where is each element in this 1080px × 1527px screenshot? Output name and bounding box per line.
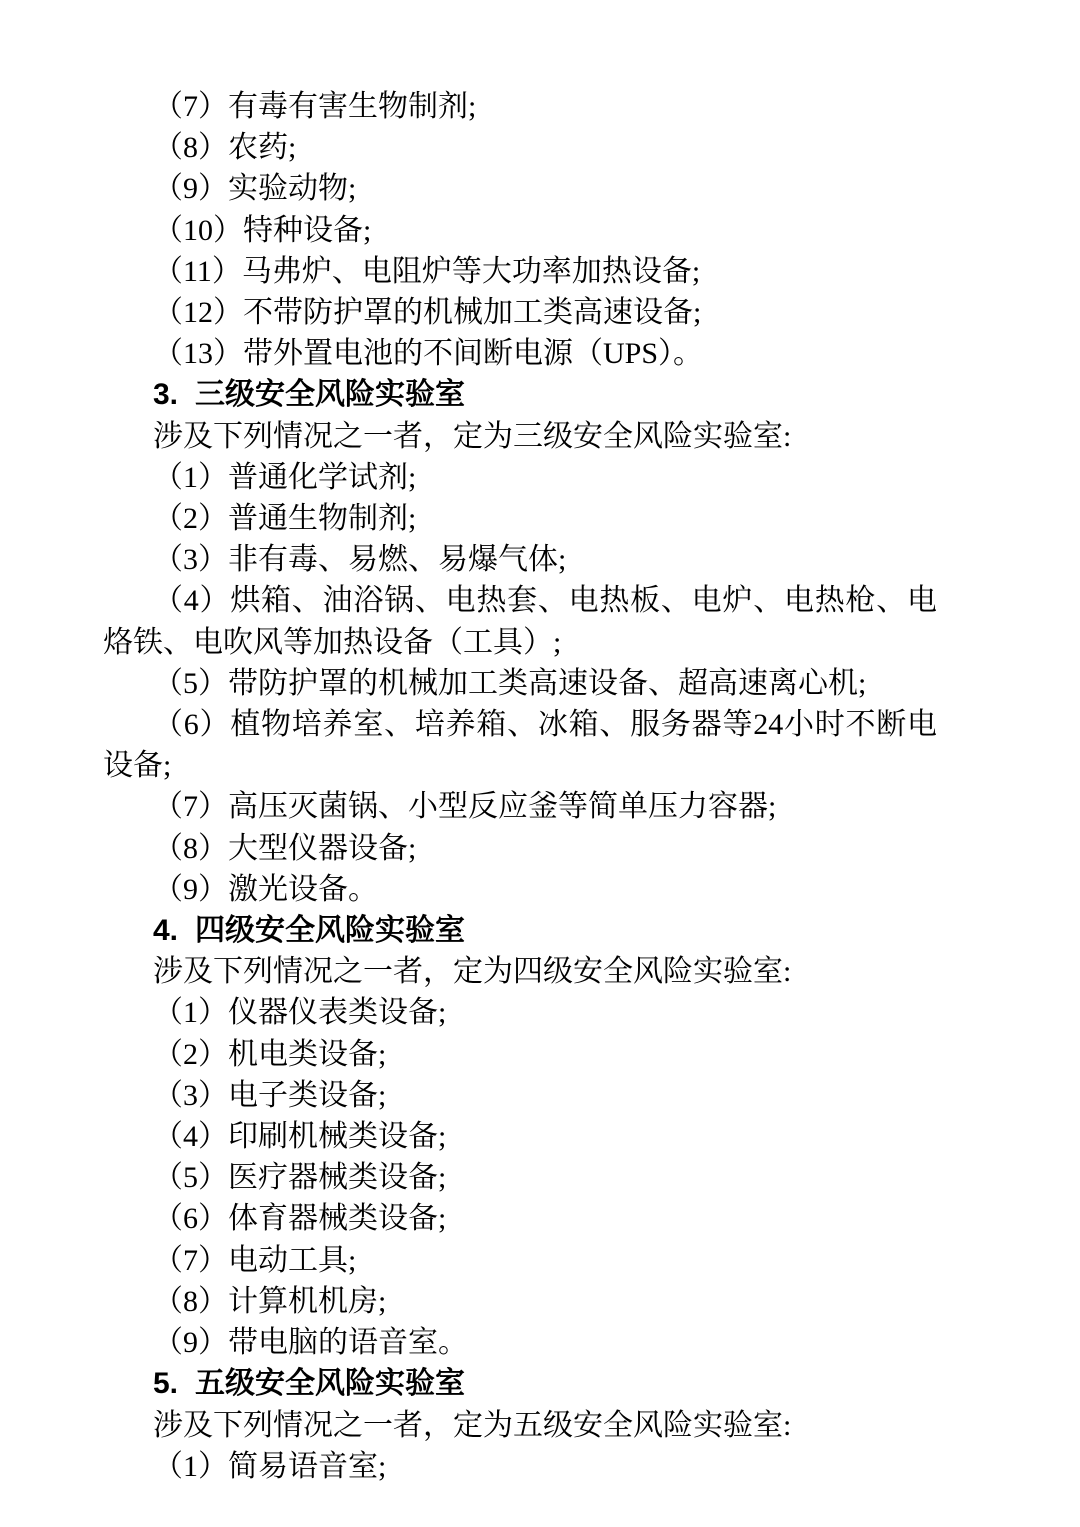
section-lead: 涉及下列情况之一者，定为四级安全风险实验室: — [103, 951, 937, 992]
section-lead: 涉及下列情况之一者，定为五级安全风险实验室: — [103, 1405, 937, 1446]
list-item: （5）医疗器械类设备; — [103, 1157, 937, 1198]
list-item: （12）不带防护罩的机械加工类高速设备; — [103, 292, 937, 333]
document-page: （7）有毒有害生物制剂; （8）农药; （9）实验动物; （10）特种设备; （… — [0, 0, 1080, 1527]
list-item: （2）机电类设备; — [103, 1034, 937, 1075]
list-item: （6）植物培养室、培养箱、冰箱、服务器等24小时不断电设备; — [103, 704, 937, 786]
section-number: 3. — [153, 378, 178, 411]
list-item: （3）电子类设备; — [103, 1075, 937, 1116]
document-content: （7）有毒有害生物制剂; （8）农药; （9）实验动物; （10）特种设备; （… — [103, 86, 937, 1487]
list-item: （9）激光设备。 — [103, 869, 937, 910]
list-item: （8）农药; — [103, 127, 937, 168]
list-item: （9）实验动物; — [103, 168, 937, 209]
section-number: 5. — [153, 1367, 178, 1400]
list-item: （10）特种设备; — [103, 210, 937, 251]
section-heading-level3: 3.三级安全风险实验室 — [103, 374, 937, 415]
list-item: （8）计算机机房; — [103, 1281, 937, 1322]
section-heading-level4: 4.四级安全风险实验室 — [103, 910, 937, 951]
list-item: （9）带电脑的语音室。 — [103, 1322, 937, 1363]
list-item: （2）普通生物制剂; — [103, 498, 937, 539]
list-item: （1）简易语音室; — [103, 1446, 937, 1487]
section-heading-level5: 5.五级安全风险实验室 — [103, 1363, 937, 1404]
list-item: （13）带外置电池的不间断电源（UPS）。 — [103, 333, 937, 374]
section-title: 三级安全风险实验室 — [195, 378, 465, 411]
list-item: （5）带防护罩的机械加工类高速设备、超高速离心机; — [103, 663, 937, 704]
list-item: （11）马弗炉、电阻炉等大功率加热设备; — [103, 251, 937, 292]
list-item: （7）高压灭菌锅、小型反应釜等简单压力容器; — [103, 786, 937, 827]
list-item: （1）普通化学试剂; — [103, 457, 937, 498]
section-title: 五级安全风险实验室 — [195, 1367, 465, 1400]
section-lead: 涉及下列情况之一者，定为三级安全风险实验室: — [103, 416, 937, 457]
list-item: （3）非有毒、易燃、易爆气体; — [103, 539, 937, 580]
list-item: （4）印刷机械类设备; — [103, 1116, 937, 1157]
list-item: （8）大型仪器设备; — [103, 828, 937, 869]
list-item: （7）电动工具; — [103, 1240, 937, 1281]
list-item: （4）烘箱、油浴锅、电热套、电热板、电炉、电热枪、电烙铁、电吹风等加热设备（工具… — [103, 580, 937, 662]
list-item: （7）有毒有害生物制剂; — [103, 86, 937, 127]
section-number: 4. — [153, 914, 178, 947]
list-item: （1）仪器仪表类设备; — [103, 992, 937, 1033]
section-title: 四级安全风险实验室 — [195, 914, 465, 947]
list-item: （6）体育器械类设备; — [103, 1198, 937, 1239]
